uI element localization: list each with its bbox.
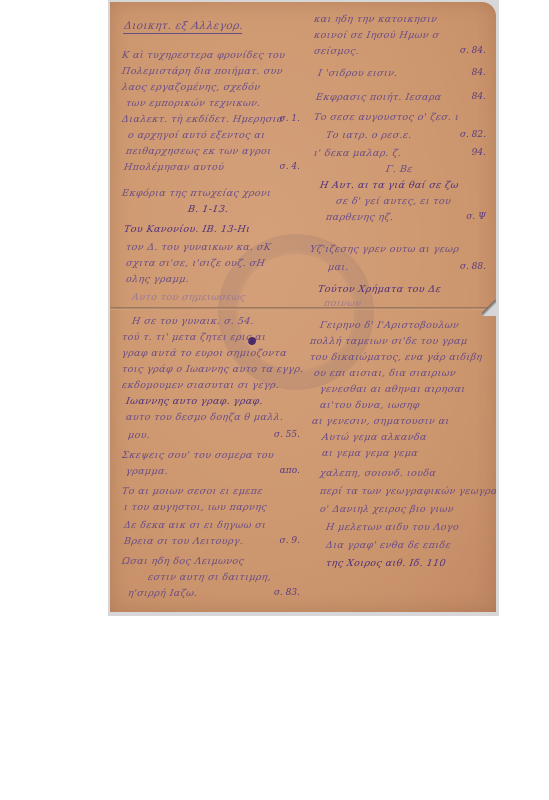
handwritten-line: Κ αὶ τυχηρεστερα φρονίδες του bbox=[121, 50, 286, 61]
handwritten-line: ι' δεκα μαλαρ. ζ. bbox=[313, 148, 402, 159]
handwritten-line: ου επι αισιαι, δια σιαιριων bbox=[313, 368, 457, 379]
handwritten-line: ο' Δανιηλ χειρος βιο γιων bbox=[319, 504, 455, 515]
handwritten-line: των εμπορικών τεχνικων. bbox=[125, 98, 261, 109]
horizontal-fold-crease bbox=[110, 307, 496, 310]
handwritten-line: Η σε του γυναικ. σ. 54. bbox=[131, 316, 255, 327]
page-reference-mark: σ. 88. bbox=[460, 262, 486, 272]
handwritten-line: ι του αυγηστοι, ιωυ παρνης bbox=[123, 502, 268, 513]
handwritten-line: Ιωαννης αυτο γραφ. γραφ. bbox=[125, 396, 264, 407]
handwritten-line: Β. 1-13. bbox=[187, 204, 229, 215]
page-reference-mark: 84. bbox=[472, 68, 486, 78]
handwritten-line: Το ιατρ. ο ρεσ.ε. bbox=[325, 130, 412, 141]
handwritten-line: Ηπολέμησαν αυτού bbox=[123, 162, 225, 173]
page-reference-mark: σ. 84. bbox=[460, 46, 486, 56]
handwritten-line: Η Αυτ. αι τα γιά θαί σε ζω bbox=[319, 180, 459, 191]
handwritten-line: Βρεια σι του Λειτουργ. bbox=[123, 536, 244, 547]
handwritten-line: Το σεσε αυγουστος ο' ζεσ. ι bbox=[313, 112, 460, 123]
torn-fold-edge bbox=[482, 300, 496, 316]
handwritten-line: της Χοιρος αιθ. Ιδ. 110 bbox=[325, 558, 446, 569]
handwritten-line: Υζ'ιζεσης γρεν ουτω αι γεωρ bbox=[309, 244, 460, 255]
handwritten-line: μαι. bbox=[327, 262, 349, 273]
handwritten-line: αυτο του δεσμο δοηζα θ μαλλ. bbox=[125, 412, 284, 423]
handwritten-line: τού τ. τι' μετα ζητει ερις αι bbox=[121, 332, 267, 343]
handwritten-line: Πολεμιστάρη δια ποιήματ. συν bbox=[121, 66, 283, 77]
handwritten-line: και ηδη την κατοικησιν bbox=[313, 14, 438, 25]
page-reference-mark: απο. bbox=[280, 466, 300, 476]
page-reference-mark: σ. Ψ bbox=[466, 212, 486, 222]
handwritten-line: η'σιρρή Ιαζω. bbox=[127, 588, 198, 599]
handwritten-line: Το αι μοιων σεσοι ει εμεπε bbox=[121, 486, 263, 497]
handwritten-line: σε δ' γεί αυτες, ει του bbox=[335, 196, 452, 207]
page-reference-mark: σ. 82. bbox=[460, 130, 486, 140]
handwritten-line: γενεσθαι αι αθηναι αιρησαι bbox=[319, 384, 466, 395]
handwritten-line: ολης γραμμ. bbox=[125, 274, 190, 285]
handwritten-line: Σκεψεις σου' του σομερα του bbox=[121, 450, 275, 461]
handwritten-line: Διαλεκτ. τὴ εκδίδετ. Ημερησια bbox=[121, 114, 284, 125]
handwritten-line: Διοικητ. εξ Αλλεγορ. bbox=[123, 20, 244, 34]
handwritten-line: σχιτα σι'σε, ι'σιζε ουζ. σΗ bbox=[125, 258, 266, 269]
handwritten-line: τον Δ. του γυναικων κα. σΚ bbox=[125, 242, 272, 253]
handwritten-line: πολλή ταμειων σι'δε του γραμ bbox=[309, 336, 468, 347]
handwritten-line: Γ. Βε bbox=[385, 164, 413, 175]
handwritten-line: Δια γραφ' ενθα δε επιδε bbox=[325, 540, 451, 551]
manuscript-page: Διοικητ. εξ Αλλεγορ.Κ αὶ τυχηρεστερα φρο… bbox=[110, 2, 496, 612]
handwritten-line: αι γεμα γεμα γεμα bbox=[321, 448, 419, 459]
page-reference-mark: σ. 83. bbox=[274, 588, 300, 598]
handwritten-line: λαος εργαζομένης, σχεδόν bbox=[121, 82, 261, 93]
handwritten-line: Η μελετων αιδυ του Λογο bbox=[325, 522, 460, 533]
page-reference-mark: σ. 4. bbox=[280, 162, 300, 172]
handwritten-line: γραμμα. bbox=[125, 466, 169, 477]
page-reference-mark: σ. 55. bbox=[274, 430, 300, 440]
handwritten-line: Εκφρασις ποιήτ. Ιεσαρα bbox=[315, 92, 442, 103]
handwritten-line: τοις γράφ ο Ιωαννης αυτο τα εγγρ. bbox=[121, 364, 304, 375]
handwritten-line: Τούτον Χρήματα του Δε bbox=[317, 284, 442, 295]
handwritten-line: Αυτο του σημειωσεως bbox=[131, 292, 246, 303]
handwritten-line: Εκφόρια της πτωχείας χρονι bbox=[121, 188, 272, 199]
handwritten-line: Ι 'σιδρου εισιν. bbox=[317, 68, 398, 79]
handwritten-line: Δε δεκα αικ σι ει δηγωω σι bbox=[123, 520, 267, 531]
handwritten-line: εκδομουμεν σιασυται σι γεγρ. bbox=[121, 380, 280, 391]
handwritten-line: ο αρχηγοί αυτό εξεντος αι bbox=[127, 130, 266, 141]
handwritten-line: χαλεπη, σοιονδ. ιουδα bbox=[319, 468, 437, 479]
handwritten-line: αι γενεσιν, σηματουσιν αι bbox=[311, 416, 450, 427]
page-reference-mark: σ. 1. bbox=[280, 114, 300, 124]
handwritten-line: Γειρηνο δ' Ι'Αριστοβουλων bbox=[319, 320, 460, 331]
handwritten-line: παρθενης ηζ. bbox=[325, 212, 394, 223]
page-reference-mark: 94. bbox=[472, 148, 486, 158]
handwritten-line: σείσμος. bbox=[313, 46, 360, 57]
page-reference-mark: σ. 9. bbox=[280, 536, 300, 546]
handwritten-line: πειθαρχησεως εκ των αγροι bbox=[125, 146, 272, 157]
handwritten-line: Ωσαι ηδη δος Λειμωνος bbox=[121, 556, 245, 567]
handwritten-line: ποινων bbox=[323, 298, 362, 309]
handwritten-line: Αυτώ γεμα αλκανδα bbox=[321, 432, 427, 443]
handwritten-line: αι'του δυνα, ιωσηφ bbox=[319, 400, 420, 411]
handwritten-line: γραφ αυτά το ευροι σημιοζοντα bbox=[121, 348, 287, 359]
handwritten-line: κοινοί σε Ιησού Ημων σ bbox=[313, 30, 440, 41]
handwritten-line: περί τα των γεωγραφικών γεωγραφ bbox=[319, 486, 496, 497]
page-reference-mark: 84. bbox=[472, 92, 486, 102]
handwritten-line: εστιν αυτη σι δαιτιμρη, bbox=[147, 572, 272, 583]
handwritten-line: του δικαιώματος, ενα γάρ αιδιβη bbox=[309, 352, 483, 363]
handwritten-line: μου. bbox=[127, 430, 151, 441]
handwritten-line: Του Κανονίου. ΙΒ. 13-Ηι bbox=[123, 224, 251, 235]
